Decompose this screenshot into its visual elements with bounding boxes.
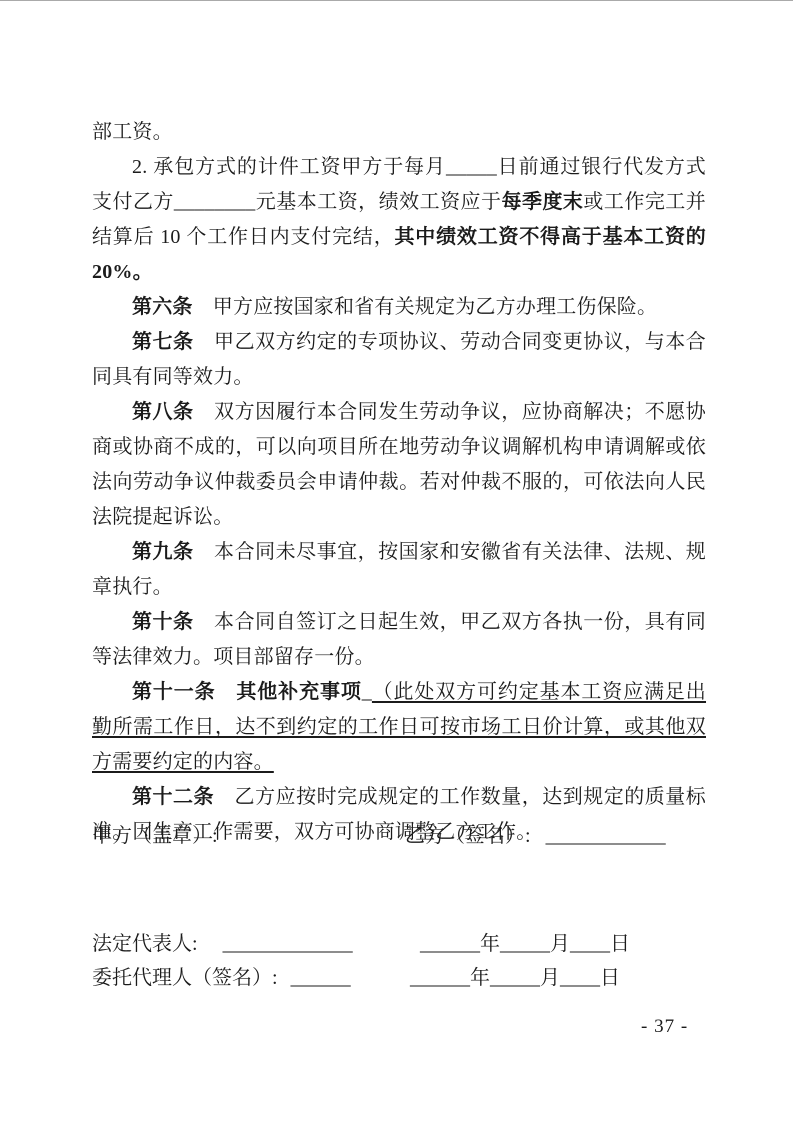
text-run: ________	[174, 191, 256, 213]
legal-representative-label: 法定代表人:	[92, 933, 198, 955]
date-line-1: ______年_____月____日	[420, 927, 630, 962]
text-run: 部工资。	[92, 121, 173, 143]
legal-representative-line: _____________	[223, 933, 353, 955]
paragraph: 第十条 本合同自签订之日起生效，甲乙双方各执一份，具有同等法律效力。项目部留存一…	[92, 605, 706, 675]
emphasis-text: 第十二条	[132, 786, 214, 808]
text-run: 2. 承包方式的计件工资甲方于每月	[132, 156, 446, 178]
emphasis-text: 第十一条	[132, 681, 216, 703]
paragraph: 部工资。	[92, 115, 706, 150]
emphasis-text: 第八条	[132, 401, 194, 423]
emphasis-text: 每季度末	[502, 191, 584, 213]
emphasis-text: 第六条	[132, 296, 193, 318]
emphasis-text: 第九条	[132, 541, 194, 563]
document-page: 部工资。2. 承包方式的计件工资甲方于每月_____日前通过银行代发方式支付乙方…	[0, 0, 793, 1122]
paragraph: 第十一条 其他补充事项_（此处双方可约定基本工资应满足出勤所需工作日，达不到约定…	[92, 675, 706, 780]
party-b-signature-label: 乙方（签名）:	[405, 825, 531, 847]
text-run: 元基本工资，绩效工资应于	[256, 191, 502, 213]
paragraph: 第九条 本合同未尽事宜，按国家和安徽省有关法律、法规、规章执行。	[92, 535, 706, 605]
page-number: - 37 -	[641, 1009, 688, 1044]
paragraph: 第六条 甲方应按国家和省有关规定为乙方办理工伤保险。	[92, 290, 706, 325]
text-run: 甲方应按国家和省有关规定为乙方办理工伤保险。	[193, 296, 658, 318]
agent-row: 委托代理人（签名）: ______	[92, 961, 351, 996]
emphasis-text: 第十条	[132, 611, 194, 633]
text-run: _	[362, 681, 372, 703]
party-b-signature: 乙方（签名）: ____________	[405, 819, 666, 854]
paragraph: 第七条 甲乙双方约定的专项协议、劳动合同变更协议，与本合同具有同等效力。	[92, 325, 706, 395]
paragraph: 2. 承包方式的计件工资甲方于每月_____日前通过银行代发方式支付乙方____…	[92, 150, 706, 290]
text-run	[216, 681, 237, 703]
legal-representative-row: 法定代表人: _____________	[92, 927, 353, 962]
text-run: _____	[446, 156, 497, 178]
date-line-2: ______年_____月____日	[410, 961, 620, 996]
agent-signature-label: 委托代理人（签名）:	[92, 967, 278, 989]
emphasis-text: 第七条	[132, 331, 194, 353]
emphasis-text: 其他补充事项	[236, 681, 361, 703]
agent-signature-line: ______	[291, 967, 351, 989]
contract-body: 部工资。2. 承包方式的计件工资甲方于每月_____日前通过银行代发方式支付乙方…	[92, 115, 706, 850]
party-a-seal-label: 甲方（盖章）:	[92, 819, 218, 854]
paragraph: 第八条 双方因履行本合同发生劳动争议，应协商解决；不愿协商或协商不成的，可以向项…	[92, 395, 706, 535]
party-b-signature-line: ____________	[546, 825, 666, 847]
